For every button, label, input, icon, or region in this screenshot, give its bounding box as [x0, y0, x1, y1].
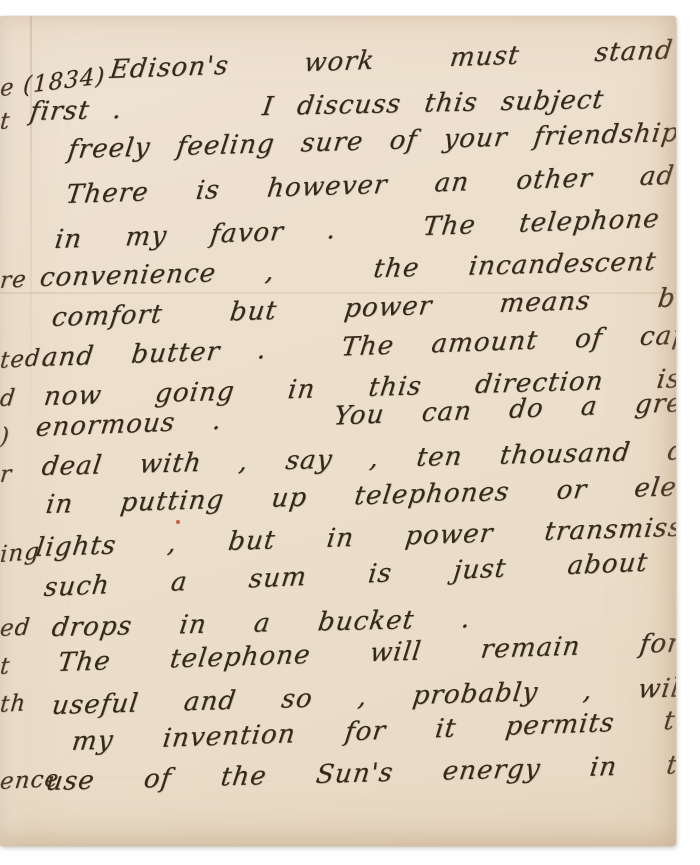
margin-fragment: ted.: [0, 340, 51, 378]
margin-fragment: ): [0, 419, 11, 454]
red-ink-fleck: [176, 520, 180, 524]
margin-fragment: ence: [0, 762, 61, 799]
handwritten-line: Edison's work must stand: [108, 33, 675, 87]
letter-page: Edison's work must standfirst . I discus…: [0, 16, 676, 846]
margin-fragment: ed: [0, 610, 32, 646]
margin-fragment: th: [0, 686, 28, 722]
letter-scan: Edison's work must standfirst . I discus…: [0, 0, 700, 865]
margin-fragment: re: [0, 262, 29, 298]
margin-fragment: ing: [0, 534, 41, 572]
